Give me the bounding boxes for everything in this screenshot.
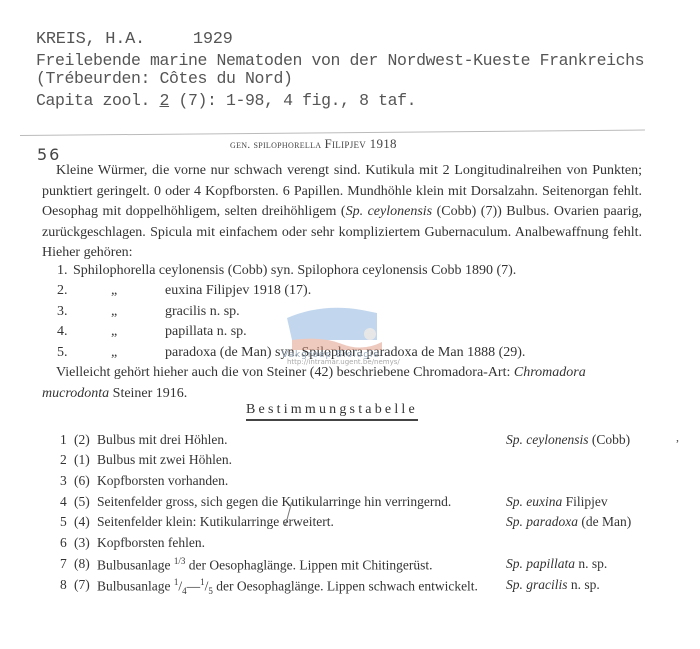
watermark-logo-icon [282,298,400,358]
genus: Sp. [506,432,523,447]
key-text: Seitenfelder klein: Kutikularringe erwei… [97,514,334,530]
species: ceylonensis [526,432,588,447]
key-number: 8 [60,577,67,593]
citation-journal: Capita zool. [36,91,160,110]
key-text: Bulbus mit zwei Höhlen. [97,452,232,468]
running-head-author: Filipjev 1918 [324,136,396,151]
species-author: (Cobb) [592,432,630,447]
citation-pages: (7): 1-98, 4 fig., 8 taf. [169,91,416,110]
running-head: gen. spilophorella Filipjev 1918 [230,136,397,152]
fraction-numerator: 1 [174,577,179,587]
key-text: Kopfborsten vorhanden. [97,473,228,489]
list-number: 2. [57,283,68,299]
key-counterpart: (7) [74,577,90,593]
key-text-b: der Oesophaglänge. Lippen mit Chitingerü… [185,558,432,573]
ditto-mark: „ [111,345,117,361]
species: papillata [526,556,575,571]
key-table: 1 (2) Bulbus mit drei Höhlen. Sp. ceylon… [60,432,680,592]
citation-title-line-2: (Trébeurden: Côtes du Nord) [36,69,293,88]
key-number: 7 [60,556,67,572]
key-text-a: Bulbusanlage [97,579,174,594]
key-number: 4 [60,494,67,510]
key-text: Bulbusanlage 1/4—1/5 der Oesophaglänge. … [97,577,478,596]
fraction-numerator: 1 [200,577,205,587]
key-number: 1 [60,432,67,448]
key-counterpart: (5) [74,494,90,510]
species-author: n. sp. [578,556,607,571]
key-text-b: der Oesophaglänge. Lippen schwach entwic… [213,579,478,594]
list-number: 4. [57,324,68,340]
key-number: 3 [60,473,67,489]
key-species: Sp. gracilis n. sp. [506,577,600,593]
fraction-dash: — [187,579,201,594]
running-head-genus: gen. spilophorella [230,139,321,151]
key-text: Bulbus mit drei Höhlen. [97,432,228,448]
ditto-mark: „ [111,283,117,299]
list-number: 5. [57,345,68,361]
list-text: gracilis n. sp. [165,304,240,320]
genus: Sp. [506,514,523,529]
species-author: n. sp. [571,577,600,592]
remark-paragraph: Vielleicht gehört hieher auch die von St… [42,363,642,404]
species-author: (de Man) [581,514,631,529]
key-counterpart: (3) [74,535,90,551]
list-number: 1. [57,263,68,279]
citation-author-line: KREIS, H.A.1929 [36,30,233,49]
pencil-mark: , [676,430,679,445]
list-text: Sphilophorella ceylonensis (Cobb) syn. S… [73,263,516,279]
genus-description: Kleine Würmer, die vorne nur schwach ver… [42,161,642,264]
species: paradoxa [526,514,578,529]
key-number: 2 [60,452,67,468]
ditto-mark: „ [111,304,117,320]
key-number: 5 [60,514,67,530]
species-author: Filipjev [566,494,608,509]
key-text-a: Bulbusanlage [97,558,174,573]
remark-text: Vielleicht gehört hieher auch die von St… [56,365,514,380]
citation-year: 1929 [193,30,233,49]
fraction: 1/3 [174,556,186,566]
list-text: papillata n. sp. [165,324,247,340]
genus: Sp. [506,577,523,592]
species: euxina [526,494,562,509]
key-counterpart: (1) [74,452,90,468]
ditto-mark: „ [111,324,117,340]
key-counterpart: (8) [74,556,90,572]
key-counterpart: (2) [74,432,90,448]
description-species: Sp. ceylonensis [346,204,433,219]
key-species: Sp. euxina Filipjev [506,494,608,510]
key-number: 6 [60,535,67,551]
genus: Sp. [506,494,523,509]
citation-volume: 2 [160,91,170,110]
key-species: Sp. paradoxa (de Man) [506,514,631,530]
list-number: 3. [57,304,68,320]
key-species: Sp. papillata n. sp. [506,556,607,572]
key-counterpart: (4) [74,514,90,530]
key-table-title: Bestimmungstabelle [246,402,418,421]
remark-text-2: Steiner 1916. [109,386,187,401]
citation-title-line-1: Freilebende marine Nematoden von der Nor… [36,51,644,70]
key-text: Kopfborsten fehlen. [97,535,205,551]
genus: Sp. [506,556,523,571]
species: gracilis [526,577,567,592]
key-text: Seitenfelder gross, sich gegen die Kutik… [97,494,451,510]
key-species: Sp. ceylonensis (Cobb) [506,432,630,448]
citation-reference: Capita zool. 2 (7): 1-98, 4 fig., 8 taf. [36,91,416,110]
citation-author: KREIS, H.A. [36,30,145,49]
key-text: Bulbusanlage 1/3 der Oesophaglänge. Lipp… [97,556,432,574]
list-text: euxina Filipjev 1918 (17). [165,283,311,299]
key-counterpart: (6) [74,473,90,489]
